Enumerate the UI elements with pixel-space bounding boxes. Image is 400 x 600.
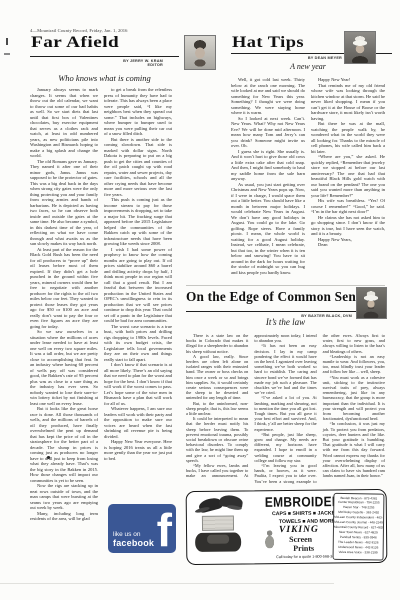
far-afield-rule [30,56,179,57]
hat-tips-column-1: Well, it got cold last week. Thirty belo… [231,77,305,286]
page-bottom-edge [0,583,334,584]
hat-tips-column-2: Happy New Year!That reminds me of my old… [311,77,385,286]
scan-artifact-mark [4,53,10,55]
facebook-promo: like us on facebook f [108,504,176,553]
facebook-promo-text: like us on facebook [113,531,154,547]
far-afield-title: Far Afield [31,34,119,52]
far-afield-byline: BY JERRY W. KRAM EDITOR [60,59,163,68]
scan-artifact-mark [6,38,8,45]
hat-tips-title: Hat Tips [232,34,304,52]
masthead-dateline: 4—Mountrail County Record, Friday, Jan. … [30,28,128,33]
baxter-black-headshot-photo [356,287,387,319]
far-afield-column-1: January always seems to mark changes. It… [30,87,98,558]
newspaper-page: 4—Mountrail County Record, Friday, Jan. … [0,0,400,600]
hat-tips-byline: BY DEAN MEYER [250,56,342,61]
common-sense-top-rule [186,285,385,286]
towel-photo-icon [202,516,234,531]
far-afield-headline: Who knows what is coming [30,73,179,83]
ad-brand-prints: Prints [293,543,314,552]
facebook-f-icon: f [157,504,172,553]
common-sense-columns: There is a state law on the books in Col… [186,333,385,486]
far-afield-column-2: to get a break from the relentless press… [104,87,172,503]
far-afield-byline-role: EDITOR [60,63,163,68]
kram-headshot-photo [184,35,216,70]
duffel-flap-icon [207,535,229,544]
common-sense-title: On the Edge of Common Sense [186,290,367,306]
hat-tips-headline: A new year [231,62,385,71]
common-sense-headline: It’s the law [186,317,385,327]
ad-phone-directory: Beulah Beacon - 873-4381Center Republica… [333,493,385,560]
meyer-headshot-photo [344,31,376,64]
facebook-brand-word: facebook [113,539,154,547]
scan-artifact-dot [47,456,50,459]
embroidery-ad: EMBROIDERY CAPS ■ SHIRTS ■ JACKETS TOWEL… [186,489,388,565]
ad-brand-viking: VIKING [279,525,319,535]
viking-mascot-icon [263,529,276,548]
